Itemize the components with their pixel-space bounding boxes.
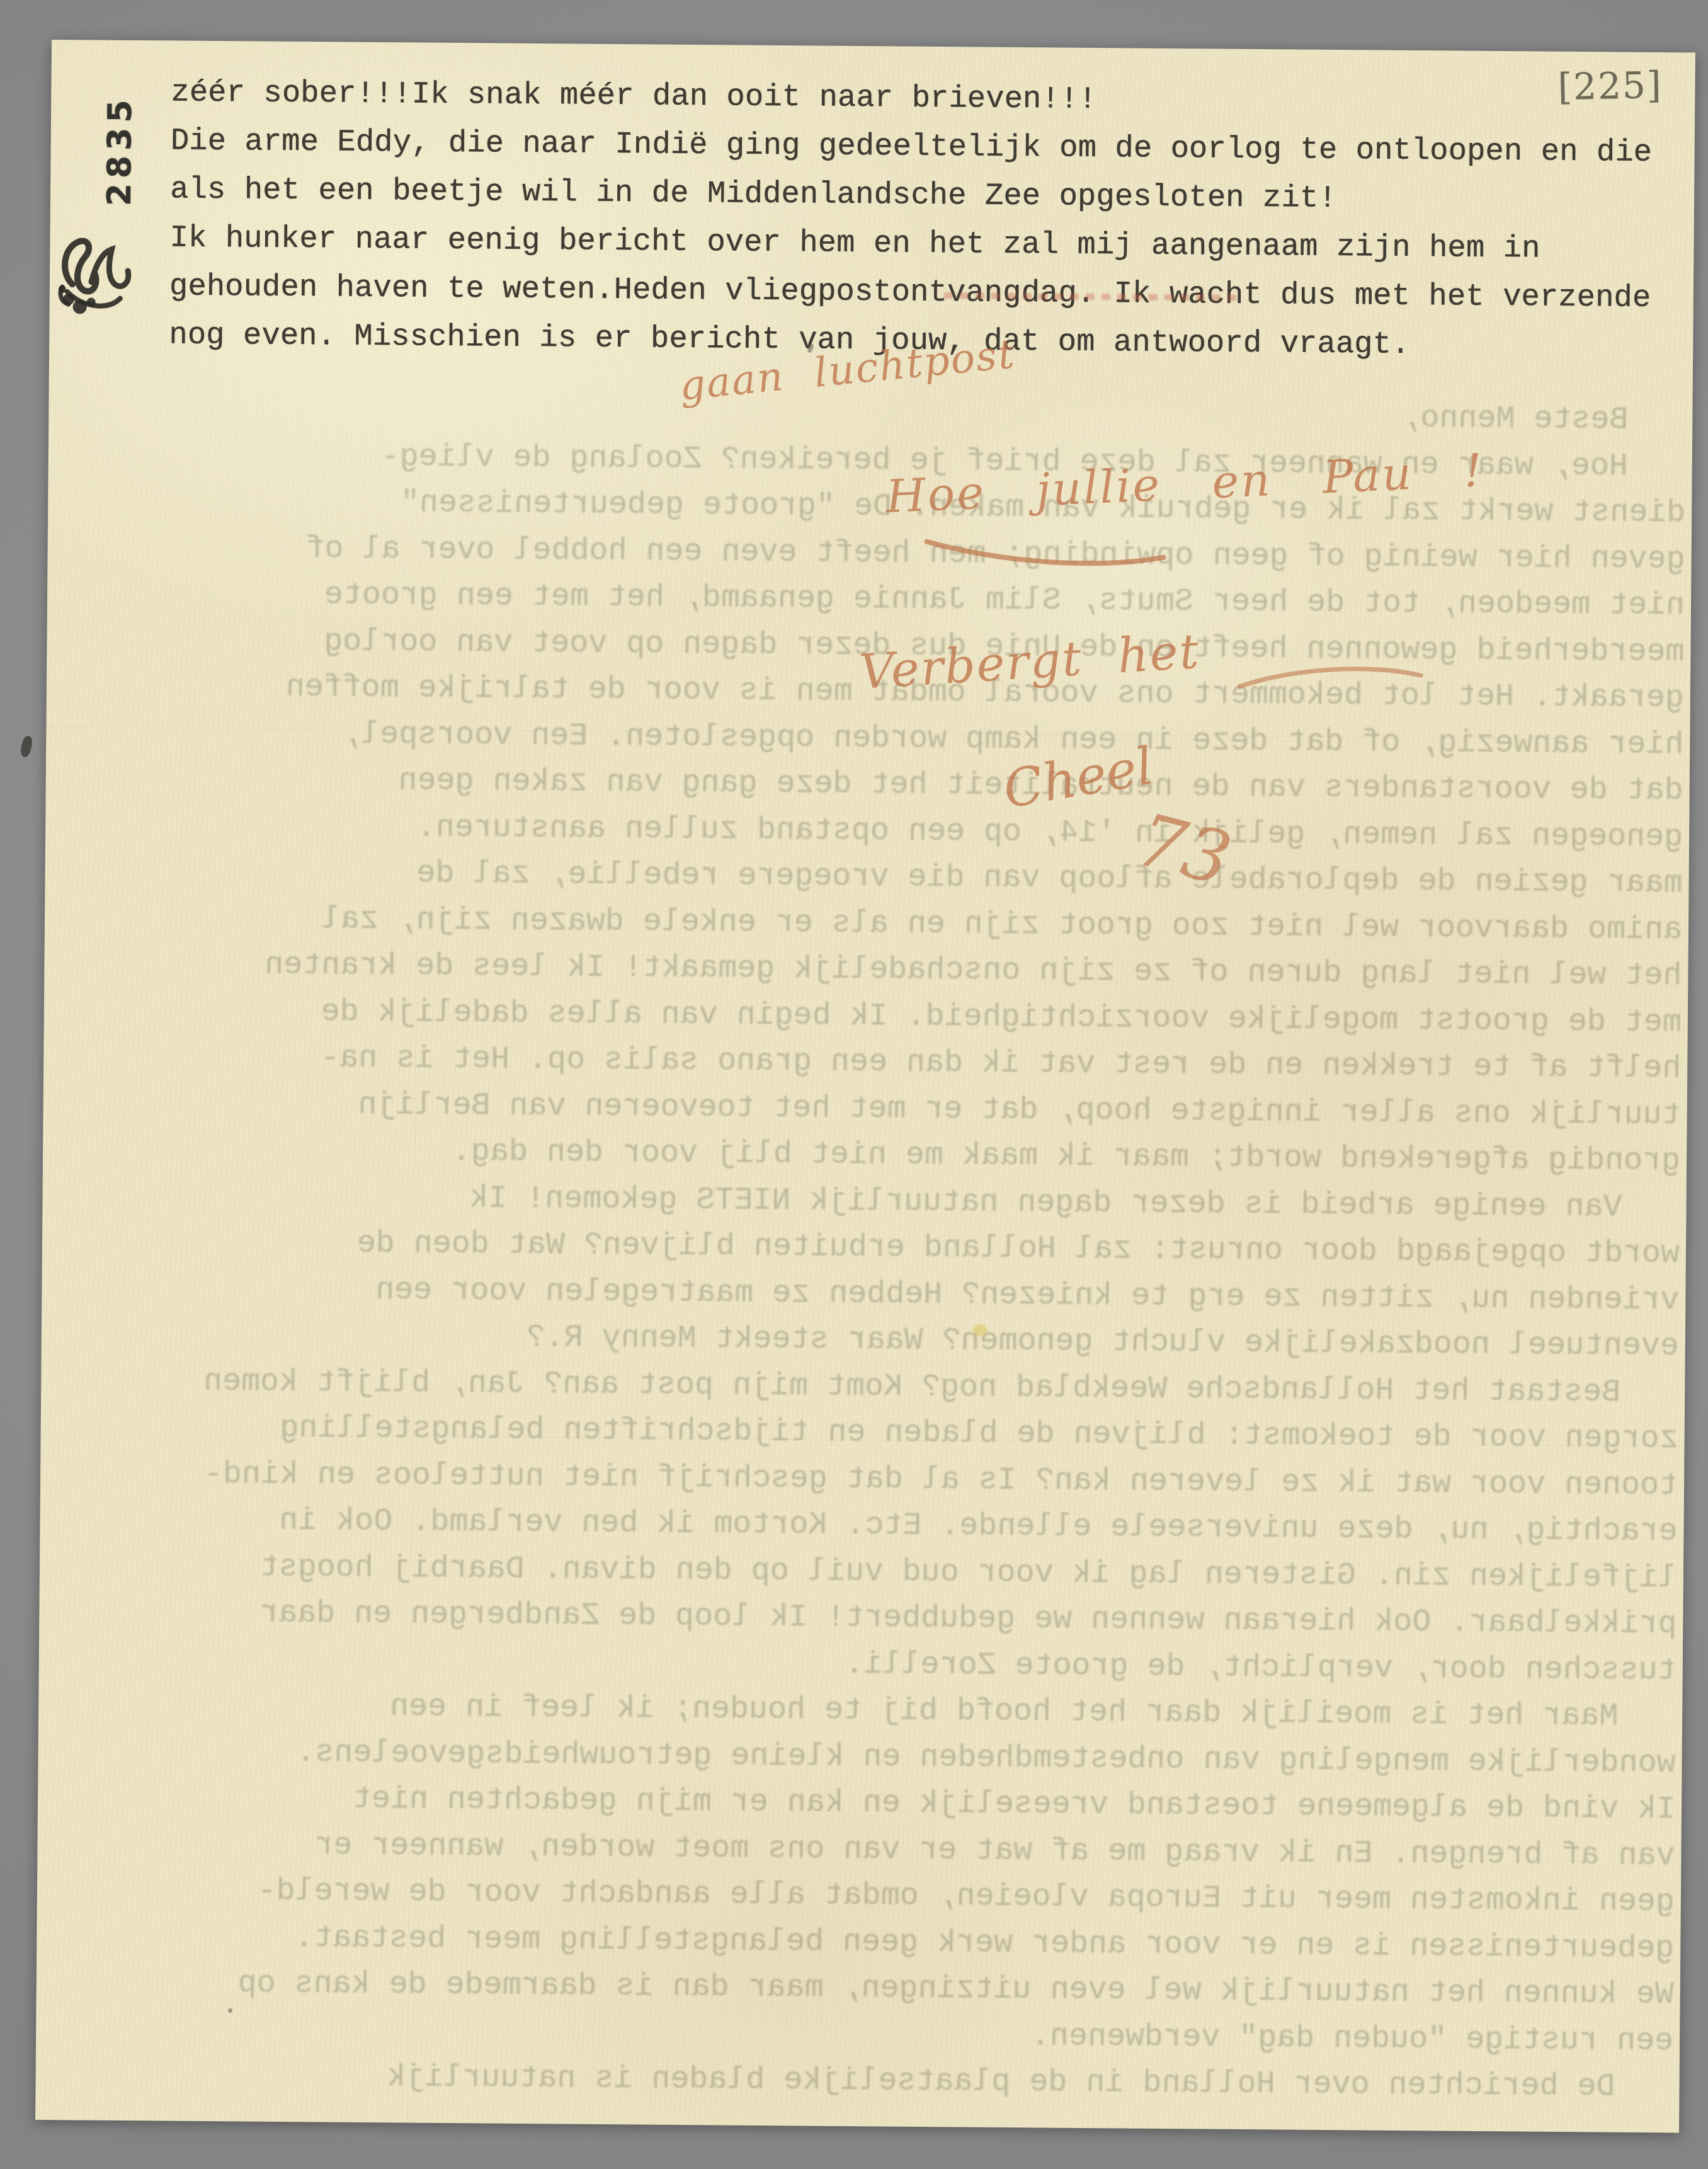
yellow-stain bbox=[972, 1324, 988, 1336]
archive-number: 2835 bbox=[98, 88, 143, 214]
monogram-stamp-icon bbox=[54, 224, 137, 322]
letter-page: [225] 2835 zéé bbox=[35, 40, 1695, 2132]
typed-paragraph: zéér sober!!!Ik snak méér dan ooit naar … bbox=[169, 68, 1708, 371]
paper-speck bbox=[228, 2008, 232, 2013]
annotation-flourish-stroke bbox=[1237, 649, 1426, 710]
scan-background: [225] 2835 zéé bbox=[0, 0, 1708, 2169]
annotation-underline-stroke bbox=[923, 533, 1169, 582]
ink-speck bbox=[20, 735, 34, 758]
